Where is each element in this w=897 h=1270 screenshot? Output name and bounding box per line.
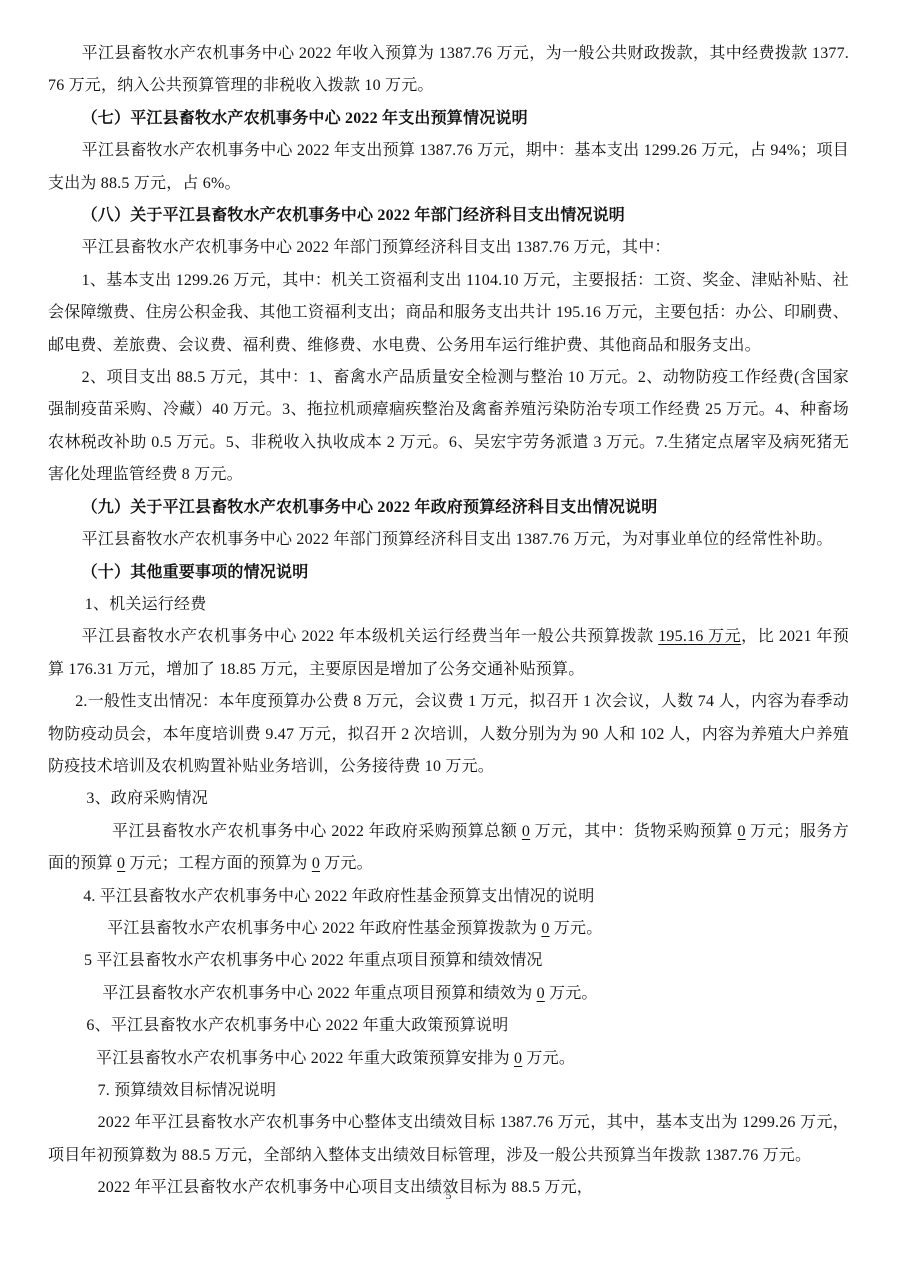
paragraph: 平江县畜牧水产农机事务中心 2022 年支出预算 1387.76 万元，期中：基…	[48, 135, 849, 200]
paragraph: 平江县畜牧水产农机事务中心 2022 年重点项目预算和绩效为 0 万元。	[48, 978, 849, 1010]
document-page: 平江县畜牧水产农机事务中心 2022 年收入预算为 1387.76 万元，为一般…	[0, 0, 897, 1270]
paragraph: 平江县畜牧水产农机事务中心 2022 年本级机关运行经费当年一般公共预算拨款 1…	[48, 621, 849, 686]
page-number: 5	[0, 1188, 897, 1203]
section-heading: （七）平江县畜牧水产农机事务中心 2022 年支出预算情况说明	[48, 103, 849, 135]
document-body: 平江县畜牧水产农机事务中心 2022 年收入预算为 1387.76 万元，为一般…	[48, 38, 849, 1205]
paragraph: 4. 平江县畜牧水产农机事务中心 2022 年政府性基金预算支出情况的说明	[48, 881, 849, 913]
paragraph: 7. 预算绩效目标情况说明	[48, 1075, 849, 1107]
underlined-value: 0	[737, 823, 745, 840]
underlined-value: 0	[117, 855, 125, 872]
paragraph: 3、政府采购情况	[48, 783, 849, 815]
paragraph: 6、平江县畜牧水产农机事务中心 2022 年重大政策预算说明	[48, 1010, 849, 1042]
section-heading: （十）其他重要事项的情况说明	[48, 557, 849, 589]
paragraph: 2022 年平江县畜牧水产农机事务中心整体支出绩效目标 1387.76 万元，其…	[48, 1107, 849, 1172]
underlined-value: 0	[514, 1050, 522, 1067]
underlined-value: 0	[312, 855, 320, 872]
underlined-value: 0	[537, 985, 545, 1002]
section-heading: （九）关于平江县畜牧水产农机事务中心 2022 年政府预算经济科目支出情况说明	[48, 492, 849, 524]
paragraph: 平江县畜牧水产农机事务中心 2022 年政府性基金预算拨款为 0 万元。	[48, 913, 849, 945]
paragraph: 2.一般性支出情况：本年度预算办公费 8 万元，会议费 1 万元，拟召开 1 次…	[48, 686, 849, 783]
paragraph: 1、基本支出 1299.26 万元，其中：机关工资福利支出 1104.10 万元…	[48, 265, 849, 362]
paragraph: 平江县畜牧水产农机事务中心 2022 年政府采购预算总额 0 万元，其中：货物采…	[48, 816, 849, 881]
paragraph: 平江县畜牧水产农机事务中心 2022 年重大政策预算安排为 0 万元。	[48, 1043, 849, 1075]
paragraph: 1、机关运行经费	[48, 589, 849, 621]
paragraph: 2、项目支出 88.5 万元，其中：1、畜禽水产品质量安全检测与整治 10 万元…	[48, 362, 849, 492]
paragraph: 平江县畜牧水产农机事务中心 2022 年部门预算经济科目支出 1387.76 万…	[48, 524, 849, 556]
paragraph: 平江县畜牧水产农机事务中心 2022 年收入预算为 1387.76 万元，为一般…	[48, 38, 849, 103]
underlined-value: 0	[522, 823, 530, 840]
paragraph: 5 平江县畜牧水产农机事务中心 2022 年重点项目预算和绩效情况	[48, 945, 849, 977]
section-heading: （八）关于平江县畜牧水产农机事务中心 2022 年部门经济科目支出情况说明	[48, 200, 849, 232]
underlined-value: 0	[541, 920, 549, 937]
underlined-value: 195.16 万元	[658, 628, 741, 645]
paragraph: 平江县畜牧水产农机事务中心 2022 年部门预算经济科目支出 1387.76 万…	[48, 232, 849, 264]
